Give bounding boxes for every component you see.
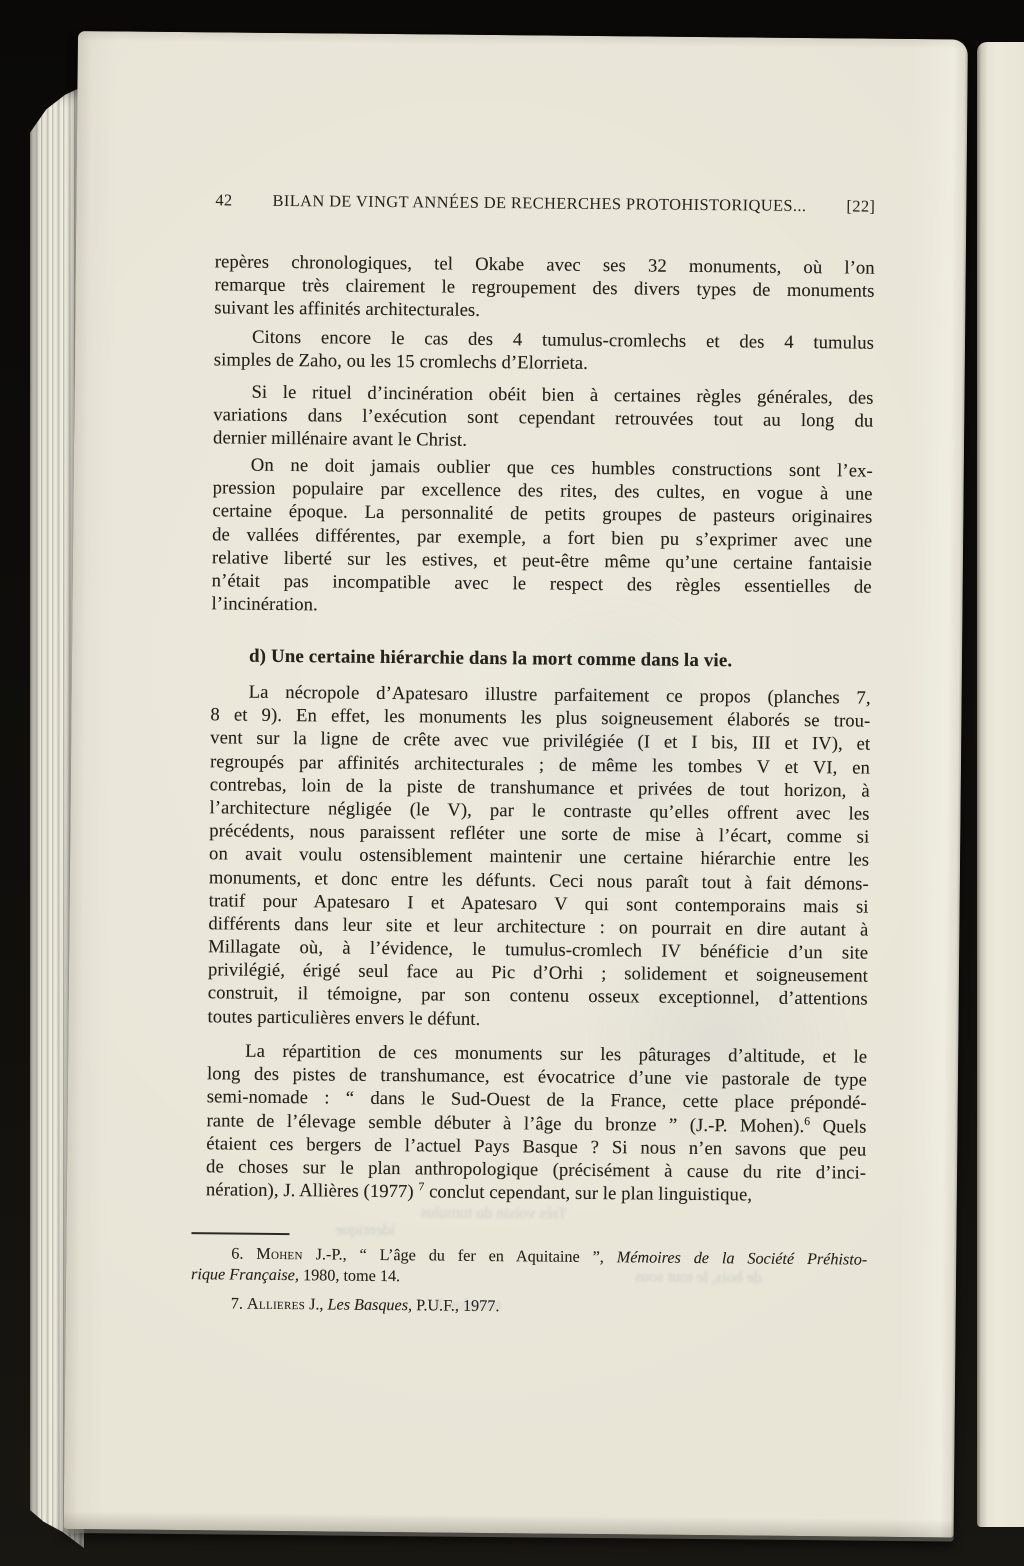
bleed-through-ghost-text: Très voisin du tumulus <box>421 1204 568 1223</box>
bleed-through-ghost-text: identique <box>335 1222 395 1241</box>
footnote-separator <box>191 1232 289 1235</box>
footnote-6: 6. Mohen J.-P., “ L’âge du fer en Aquita… <box>191 1243 867 1291</box>
paragraph-2: Citons encore le cas des 4 tumulus-croml… <box>214 325 874 378</box>
running-title: BILAN DE VINGT ANNÉES DE RECHERCHES PROT… <box>232 190 846 216</box>
paragraph-3: Si le rituel d’incinération obéit bien à… <box>213 380 874 456</box>
text-line: 7. Allieres J., Les Basques, P.U.F., 197… <box>191 1293 867 1320</box>
book-photo-scene: 42 BILAN DE VINGT ANNÉES DE RECHERCHES P… <box>0 0 1024 1566</box>
page-number: 42 <box>215 190 232 210</box>
paragraph-6: La répartition de ces monuments sur les … <box>206 1039 868 1208</box>
book-page: 42 BILAN DE VINGT ANNÉES DE RECHERCHES P… <box>64 31 968 1537</box>
reference-number: [22] <box>846 196 875 216</box>
section-heading: d) Une certaine hiérarchie dans la mort … <box>211 645 909 674</box>
facing-page-edge <box>977 42 1024 1527</box>
paragraph-5: La nécropole d’Apatesaro illustre parfai… <box>207 680 870 1034</box>
page-header: 42 BILAN DE VINGT ANNÉES DE RECHERCHES P… <box>215 190 875 216</box>
paragraph-4: On ne doit jamais oublier que ces humble… <box>211 453 873 622</box>
page-content: 42 BILAN DE VINGT ANNÉES DE RECHERCHES P… <box>203 32 877 1536</box>
footnote-7: 7. Allieres J., Les Basques, P.U.F., 197… <box>191 1293 867 1320</box>
paragraph-1: repères chronologiques, tel Okabe avec s… <box>214 250 875 326</box>
